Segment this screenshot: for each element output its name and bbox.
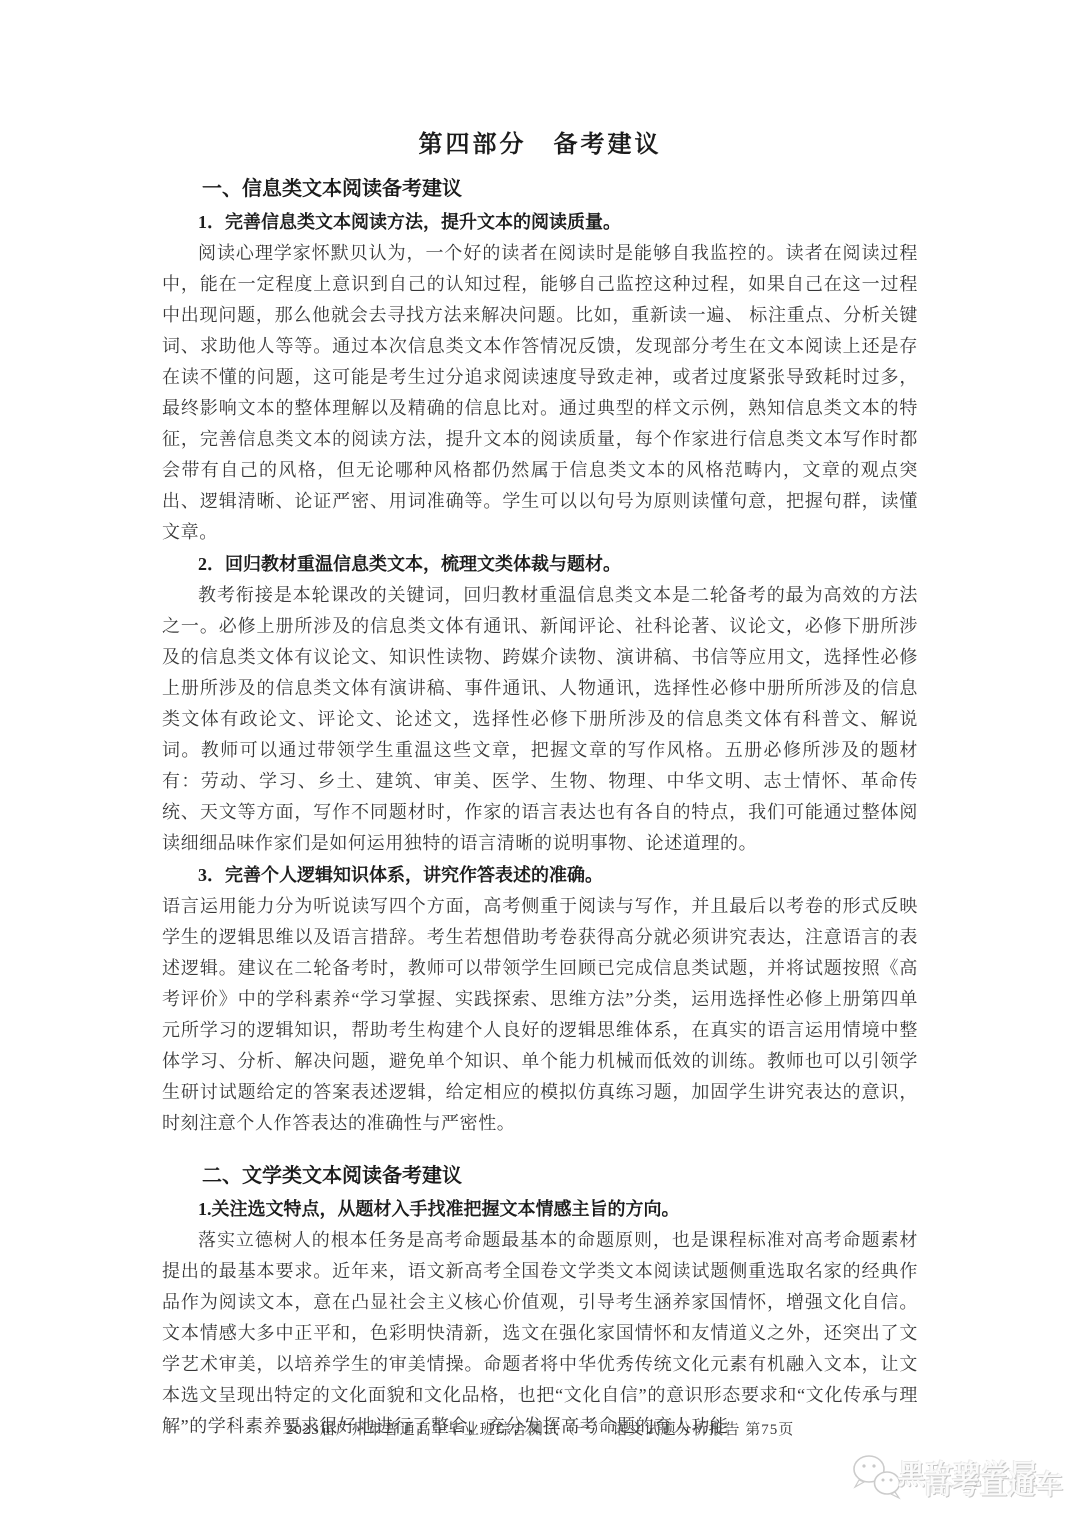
section-1-sub-3-paragraph: 语言运用能力分为听说读写四个方面，高考侧重于阅读与写作，并且最后以考卷的形式反映… (162, 891, 918, 1139)
section-1-heading: 一、信息类文本阅读备考建议 (162, 172, 918, 206)
section-2-sub-1-paragraph: 落实立德树人的根本任务是高考命题最基本的命题原则，也是课程标准对高考命题素材提出… (162, 1225, 918, 1442)
wechat-icon (850, 1452, 904, 1502)
watermark-text-front: 高考直通车 (924, 1463, 1064, 1502)
section-1-sub-1-paragraph: 阅读心理学家怀默贝认为，一个好的读者在阅读时是能够自我监控的。读者在阅读过程中，… (162, 238, 918, 548)
section-2-heading: 二、文学类文本阅读备考建议 (162, 1159, 918, 1193)
document-page: 第四部分 备考建议 一、信息类文本阅读备考建议 1．完善信息类文本阅读方法，提升… (0, 0, 1080, 1527)
section-1-sub-3-heading: 3．完善个人逻辑知识体系，讲究作答表述的准确。 (162, 859, 918, 891)
section-1-sub-2-heading: 2．回归教材重温信息类文本，梳理文类体裁与题材。 (162, 548, 918, 580)
page-footer: 2023届广州市普通高中毕业班综合测试（一） 语文试题分析报告 第75页 (0, 1418, 1080, 1439)
document-content: 第四部分 备考建议 一、信息类文本阅读备考建议 1．完善信息类文本阅读方法，提升… (162, 124, 918, 1442)
section-1-sub-2-paragraph: 教考衔接是本轮课改的关键词，回归教材重温信息类文本是二轮备考的最为高效的方法之一… (162, 580, 918, 859)
section-1-sub-1-heading: 1．完善信息类文本阅读方法，提升文本的阅读质量。 (162, 206, 918, 238)
watermark: 黑玫瑰学屋 高考直通车 (850, 1446, 1078, 1522)
section-2-sub-1-heading: 1.关注选文特点，从题材入手找准把握文本情感主旨的方向。 (162, 1193, 918, 1225)
page-title: 第四部分 备考建议 (162, 124, 918, 159)
